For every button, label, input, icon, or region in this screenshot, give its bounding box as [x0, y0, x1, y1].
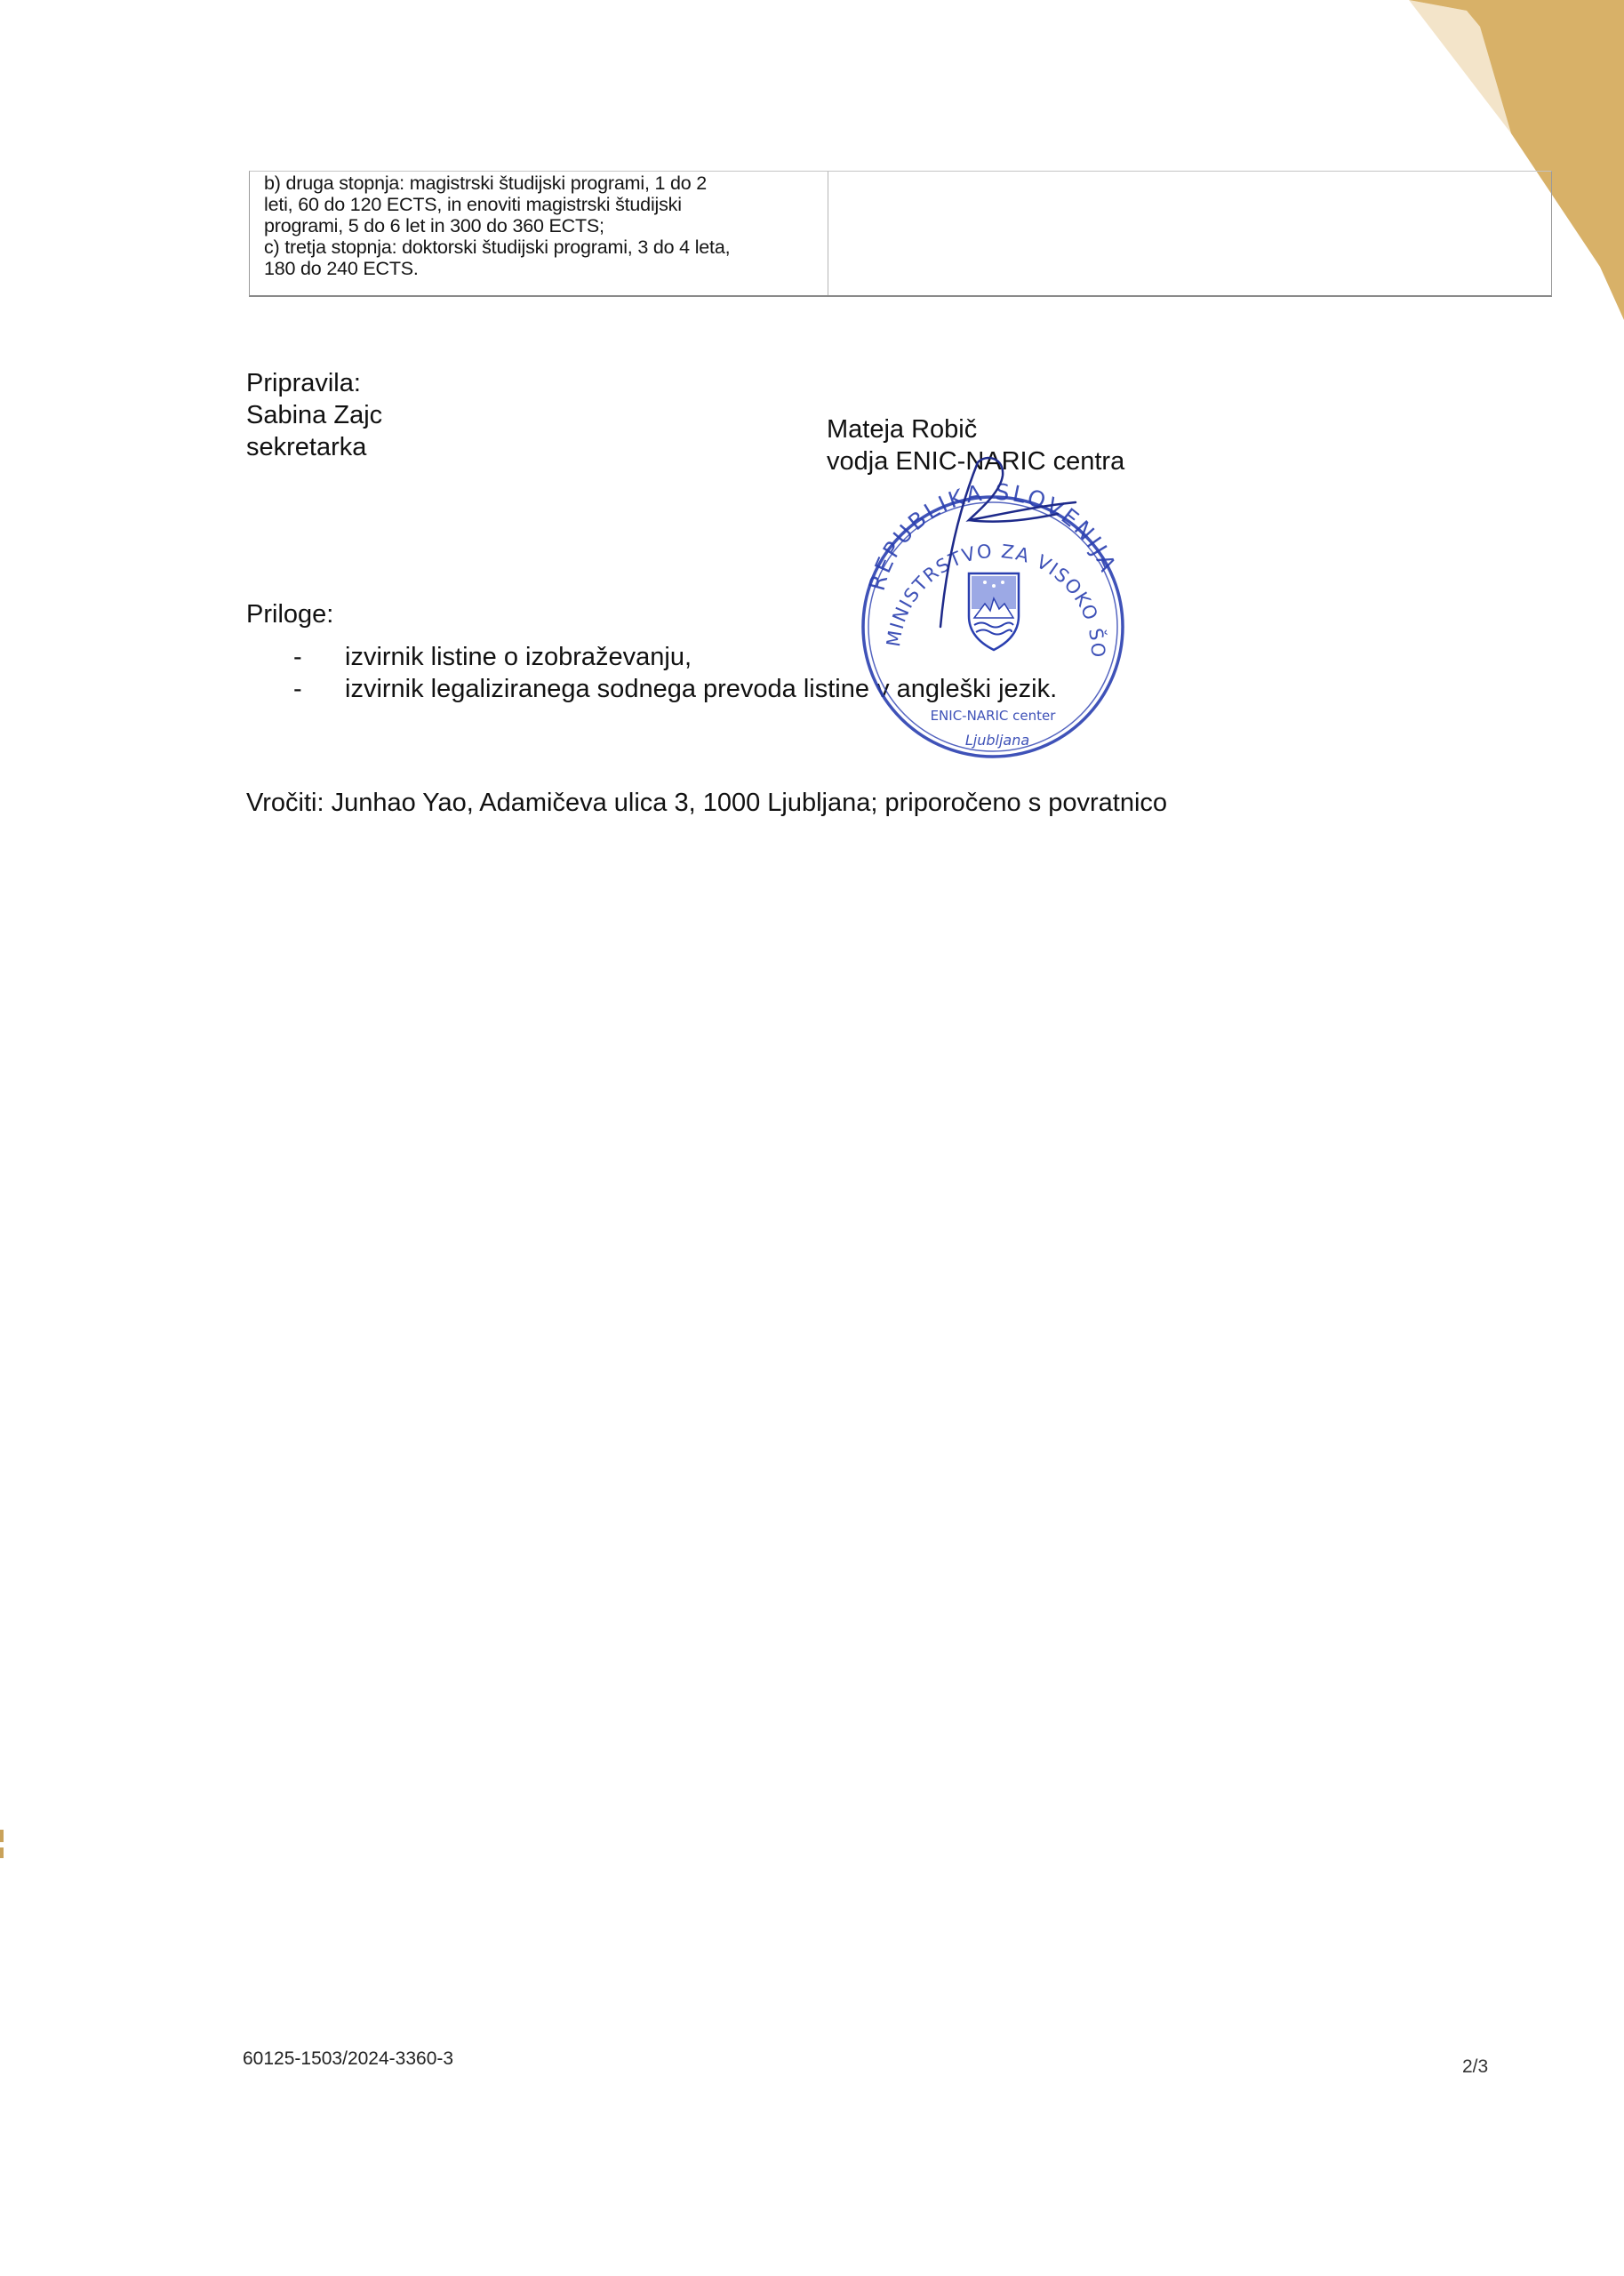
document-reference-number: 60125-1503/2024-3360-3: [243, 2048, 453, 2070]
handwritten-signature: [898, 453, 1102, 631]
bullet-dash: -: [293, 641, 302, 673]
edge-mark: [0, 1847, 4, 1858]
stamp-center-label: ENIC-NARIC center: [931, 708, 1057, 724]
prepared-by-name: Sabina Zajc: [246, 399, 382, 431]
edge-mark: [0, 1830, 4, 1842]
attachment-item: - izvirnik legaliziranega sodnega prevod…: [293, 673, 1057, 705]
table-line: c) tretja stopnja: doktorski študijski p…: [264, 236, 828, 257]
delivery-instruction: Vročiti: Junhao Yao, Adamičeva ulica 3, …: [246, 787, 1167, 819]
page-number: 2/3: [1462, 2056, 1488, 2078]
bullet-dash: -: [293, 673, 302, 705]
attachment-item: - izvirnik listine o izobraževanju,: [293, 641, 1057, 673]
table-cell-right: [828, 172, 1551, 295]
prepared-by-role: sekretarka: [246, 431, 382, 463]
table-line: programi, 5 do 6 let in 300 do 360 ECTS;: [264, 214, 828, 236]
prepared-by-label: Pripravila:: [246, 367, 382, 399]
stamp-city: Ljubljana: [965, 732, 1029, 749]
attachment-text: izvirnik legaliziranega sodnega prevoda …: [345, 675, 1057, 703]
official-stamp: REPUBLIKA SLOVENIJA MINISTRSTVO ZA VISOK…: [844, 462, 1147, 765]
table-line: b) druga stopnja: magistrski študijski p…: [264, 172, 828, 193]
table-line: 180 do 240 ECTS.: [264, 257, 828, 278]
degree-levels-table: b) druga stopnja: magistrski študijski p…: [249, 171, 1552, 297]
signer-block: Mateja Robič vodja ENIC-NARIC centra: [827, 413, 1124, 477]
table-cell-left: b) druga stopnja: magistrski študijski p…: [250, 172, 828, 295]
attachments-label: Priloge:: [246, 598, 333, 630]
stamp-inner-text: MINISTRSTVO ZA VISOKO ŠOLSTVO, ZNANOST I…: [844, 462, 1108, 659]
prepared-by-block: Pripravila: Sabina Zajc sekretarka: [246, 367, 382, 463]
attachment-text: izvirnik listine o izobraževanju,: [345, 643, 692, 671]
signer-role: vodja ENIC-NARIC centra: [827, 445, 1124, 477]
stamp-outer-text: REPUBLIKA SLOVENIJA: [864, 479, 1122, 594]
table-line: leti, 60 do 120 ECTS, in enoviti magistr…: [264, 193, 828, 214]
signer-name: Mateja Robič: [827, 413, 1124, 445]
coat-of-arms-icon: [969, 573, 1019, 650]
attachments-list: - izvirnik listine o izobraževanju, - iz…: [293, 641, 1057, 705]
